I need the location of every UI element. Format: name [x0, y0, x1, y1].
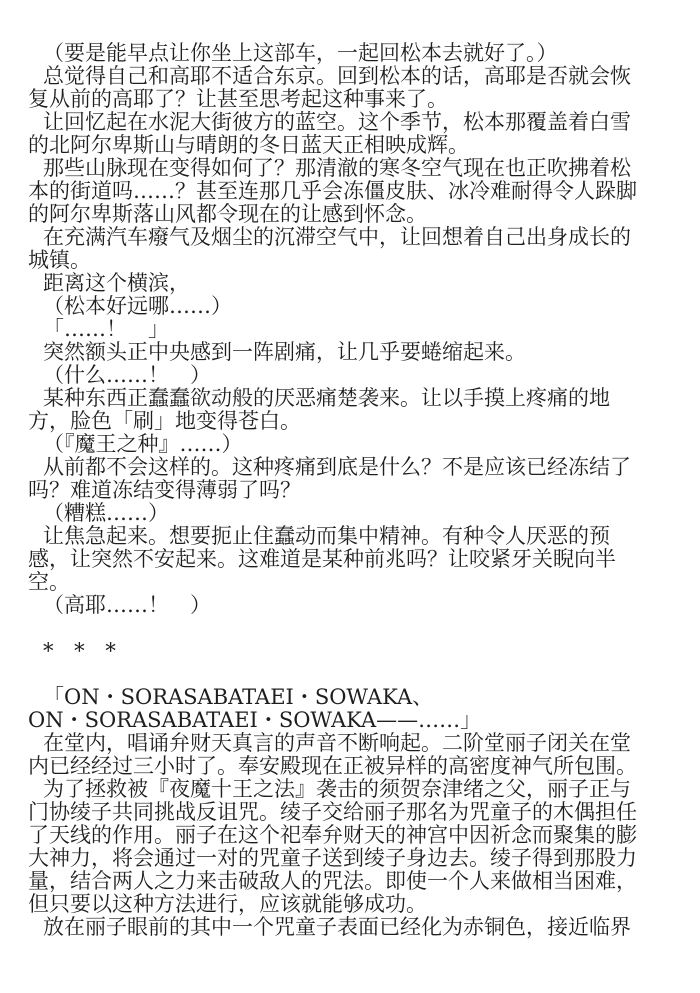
text-line: 放在丽子眼前的其中一个咒童子表面已经化为赤铜色，接近临界: [28, 916, 678, 939]
text-line: 总觉得自己和高耶不适合东京。回到松本的话，高耶是否就会恢: [28, 65, 678, 88]
text-line: 量，结合两人之力来击破敌人的咒法。即使一个人来做相当困难，: [28, 870, 678, 893]
section-separator: * * *: [28, 640, 678, 663]
text-block: （要是能早点让你坐上这部车，一起回松本去就好了。）总觉得自己和高耶不适合东京。回…: [28, 42, 678, 939]
text-line: 在堂内，唱诵弁财天真言的声音不断响起。二阶堂丽子闭关在堂: [28, 732, 678, 755]
text-line: 空。: [28, 571, 678, 594]
text-line: ON・SORASABATAEI・SOWAKA——……」: [28, 709, 678, 732]
text-line: 让焦急起来。想要扼止住蠢动而集中精神。有种令人厌恶的预: [28, 525, 678, 548]
text-line: 感，让突然不安起来。这难道是某种前兆吗？让咬紧牙关睨向半: [28, 548, 678, 571]
text-line: （什么……！ ）: [28, 364, 678, 387]
text-line: 城镇。: [28, 249, 678, 272]
text-line: 「……！ 」: [28, 318, 678, 341]
text-line: 在充满汽车癈气及烟尘的沉滞空气中，让回想着自己出身成长的: [28, 226, 678, 249]
text-line: [28, 617, 678, 640]
text-line: 突然额头正中央感到一阵剧痛，让几乎要蜷缩起来。: [28, 341, 678, 364]
text-line: [28, 663, 678, 686]
text-line: 本的街道吗……？甚至连那几乎会冻僵皮肤、冰冷难耐得令人跺脚: [28, 180, 678, 203]
text-line: （糟糕……）: [28, 502, 678, 525]
text-line: 复从前的高耶了？让甚至思考起这种事来了。: [28, 88, 678, 111]
text-line: 门协绫子共同挑战反诅咒。绫子交给丽子那名为咒童子的木偶担任: [28, 801, 678, 824]
text-line: （高耶……！ ）: [28, 594, 678, 617]
text-line: 内已经经过三小时了。奉安殿现在正被异样的高密度神气所包围。: [28, 755, 678, 778]
text-line: （『魔王之种』……）: [28, 433, 678, 456]
text-line: （要是能早点让你坐上这部车，一起回松本去就好了。）: [28, 42, 678, 65]
text-line: 的阿尔卑斯落山风都令现在的让感到怀念。: [28, 203, 678, 226]
text-line: 那些山脉现在变得如何了？那清澈的寒冬空气现在也正吹拂着松: [28, 157, 678, 180]
text-line: 吗？难道冻结变得薄弱了吗？: [28, 479, 678, 502]
text-line: （松本好远哪……）: [28, 295, 678, 318]
document-page: （要是能早点让你坐上这部车，一起回松本去就好了。）总觉得自己和高耶不适合东京。回…: [0, 0, 700, 993]
text-line: 「ON・SORASABATAEI・SOWAKA、: [28, 686, 678, 709]
text-line: 了天线的作用。丽子在这个祀奉弁财天的神宫中因祈念而聚集的膨: [28, 824, 678, 847]
text-line: 方，脸色「刷」地变得苍白。: [28, 410, 678, 433]
text-line: 为了拯救被『夜魔十王之法』袭击的须贺奈津绪之父，丽子正与: [28, 778, 678, 801]
text-line: 某种东西正蠢蠢欲动般的厌恶痛楚袭来。让以手摸上疼痛的地: [28, 387, 678, 410]
text-line: 大神力，将会通过一对的咒童子送到绫子身边去。绫子得到那股力: [28, 847, 678, 870]
text-line: 的北阿尔卑斯山与晴朗的冬日蓝天正相映成辉。: [28, 134, 678, 157]
text-line: 距离这个横滨，: [28, 272, 678, 295]
text-line: 从前都不会这样的。这种疼痛到底是什么？不是应该已经冻结了: [28, 456, 678, 479]
text-line: 但只要以这种方法进行，应该就能够成功。: [28, 893, 678, 916]
text-line: 让回忆起在水泥大街彼方的蓝空。这个季节，松本那覆盖着白雪: [28, 111, 678, 134]
